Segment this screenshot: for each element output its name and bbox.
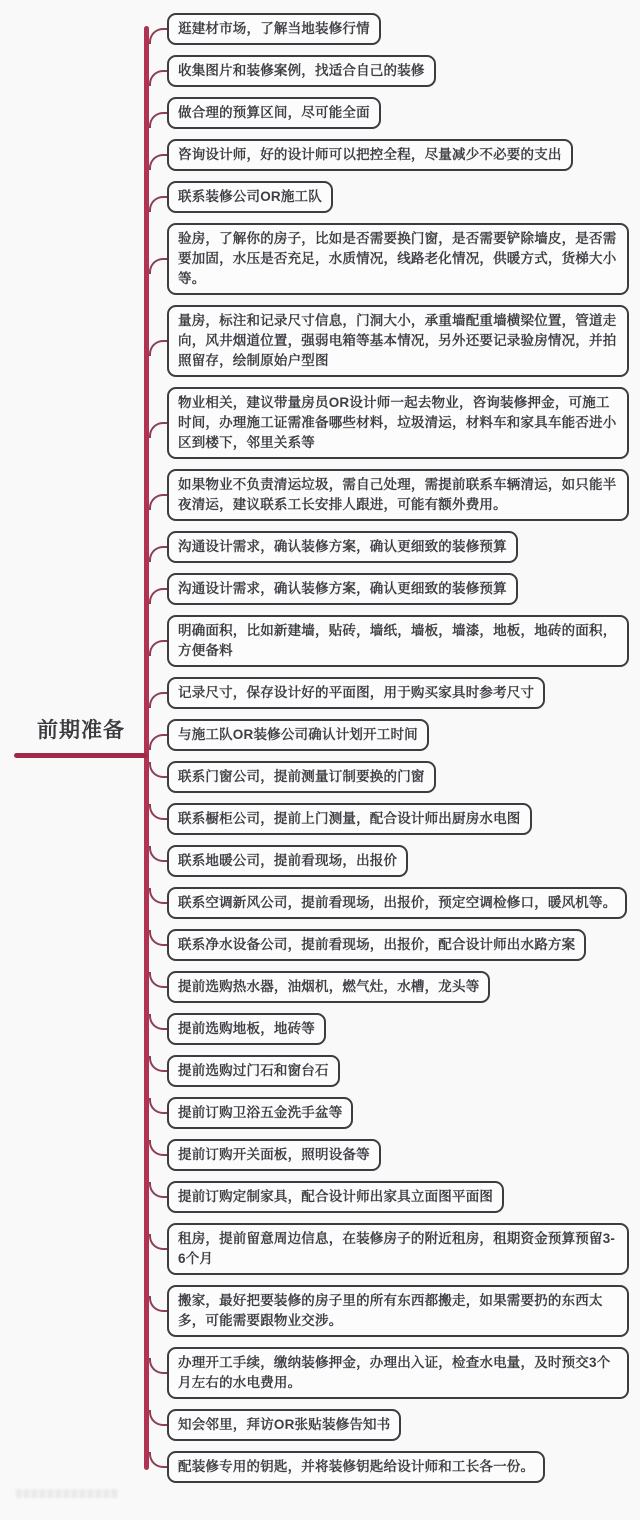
branch-row: 联系门窗公司，提前测量订制要换的门窗 xyxy=(149,761,436,793)
branch-connector-line xyxy=(149,422,167,438)
branch-connector-line xyxy=(149,1056,167,1072)
branch-row: 办理开工手续，缴纳装修押金，办理出入证，检查水电量，及时预交3个月左右的水电费用… xyxy=(149,1347,629,1399)
branch-row: 如果物业不负责清运垃圾，需自己处理，需提前联系车辆清运，如只能半夜清运，建议联系… xyxy=(149,469,629,521)
root-underline xyxy=(14,753,148,758)
branch-node[interactable]: 量房，标注和记录尺寸信息，门洞大小，承重墙配重墙横梁位置，管道走向，风井烟道位置… xyxy=(167,305,629,377)
branch-row: 物业相关，建议带量房员OR设计师一起去物业，咨询装修押金，可施工时间，办理施工证… xyxy=(149,387,629,459)
branch-node[interactable]: 提前订购定制家具，配合设计师出家具立面图平面图 xyxy=(167,1181,504,1213)
branch-node[interactable]: 搬家，最好把要装修的房子里的所有东西都搬走，如果需要扔的东西太多，可能需要跟物业… xyxy=(167,1285,629,1337)
branch-connector-line xyxy=(149,340,167,356)
branch-node[interactable]: 联系橱柜公司，提前上门测量，配合设计师出厨房水电图 xyxy=(167,803,532,835)
branch-connector-line xyxy=(149,546,167,562)
branch-node[interactable]: 提前选购热水器，油烟机，燃气灶，水槽，龙头等 xyxy=(167,971,490,1003)
root-label: 前期准备 xyxy=(14,714,148,744)
branch-node[interactable]: 与施工队OR装修公司确认计划开工时间 xyxy=(167,719,429,751)
branch-connector-line xyxy=(149,258,167,274)
branch-connector-line xyxy=(149,930,167,946)
branch-connector-line xyxy=(149,1296,167,1312)
branch-row: 提前选购地板，地砖等 xyxy=(149,1013,326,1045)
branch-row: 咨询设计师，好的设计师可以把控全程，尽量减少不必要的支出 xyxy=(149,139,573,171)
branch-row: 沟通设计需求，确认装修方案，确认更细致的装修预算 xyxy=(149,531,518,563)
branch-row: 联系空调新风公司，提前看现场，出报价，预定空调检修口，暖风机等。 xyxy=(149,887,627,919)
branch-node[interactable]: 验房，了解你的房子，比如是否需要换门窗，是否需要铲除墙皮，是否需要加固，水压是否… xyxy=(167,223,629,295)
branch-row: 租房，提前留意周边信息，在装修房子的附近租房，租期资金预算预留3-6个月 xyxy=(149,1223,629,1275)
root-node[interactable]: 前期准备 xyxy=(14,714,148,758)
branch-connector-line xyxy=(149,972,167,988)
branch-connector-line xyxy=(149,888,167,904)
branch-connector-line xyxy=(149,112,167,128)
branch-connector-line xyxy=(149,1452,167,1468)
branch-node[interactable]: 咨询设计师，好的设计师可以把控全程，尽量减少不必要的支出 xyxy=(167,139,573,171)
branch-row: 联系地暖公司，提前看现场，出报价 xyxy=(149,845,408,877)
branch-node[interactable]: 沟通设计需求，确认装修方案，确认更细致的装修预算 xyxy=(167,531,518,563)
branch-row: 提前选购热水器，油烟机，燃气灶，水槽，龙头等 xyxy=(149,971,490,1003)
branch-row: 收集图片和装修案例，找适合自己的装修 xyxy=(149,55,436,87)
branch-connector-line xyxy=(149,28,167,44)
branch-node[interactable]: 配装修专用的钥匙，并将装修钥匙给设计师和工长各一份。 xyxy=(167,1451,545,1483)
mindmap-canvas: 前期准备 逛建材市场，了解当地装修行情收集图片和装修案例，找适合自己的装修做合理… xyxy=(0,0,640,1520)
branch-node[interactable]: 联系空调新风公司，提前看现场，出报价，预定空调检修口，暖风机等。 xyxy=(167,887,627,919)
branch-connector-line xyxy=(149,804,167,820)
branch-node[interactable]: 提前订购卫浴五金洗手盆等 xyxy=(167,1097,353,1129)
branch-connector-line xyxy=(149,1358,167,1374)
branch-row: 量房，标注和记录尺寸信息，门洞大小，承重墙配重墙横梁位置，管道走向，风井烟道位置… xyxy=(149,305,629,377)
branch-row: 提前订购卫浴五金洗手盆等 xyxy=(149,1097,353,1129)
branch-connector-line xyxy=(149,692,167,708)
branch-row: 提前订购开关面板，照明设备等 xyxy=(149,1139,381,1171)
branch-node[interactable]: 收集图片和装修案例，找适合自己的装修 xyxy=(167,55,436,87)
branch-node[interactable]: 联系门窗公司，提前测量订制要换的门窗 xyxy=(167,761,436,793)
branch-row: 配装修专用的钥匙，并将装修钥匙给设计师和工长各一份。 xyxy=(149,1451,545,1483)
branch-row: 做合理的预算区间，尽可能全面 xyxy=(149,97,381,129)
branch-connector-line xyxy=(149,70,167,86)
branch-connector-line xyxy=(149,1410,167,1426)
branch-connector-line xyxy=(149,762,167,778)
branch-node[interactable]: 提前订购开关面板，照明设备等 xyxy=(167,1139,381,1171)
branch-row: 验房，了解你的房子，比如是否需要换门窗，是否需要铲除墙皮，是否需要加固，水压是否… xyxy=(149,223,629,295)
branch-connector-line xyxy=(149,494,167,510)
branch-node[interactable]: 物业相关，建议带量房员OR设计师一起去物业，咨询装修押金，可施工时间，办理施工证… xyxy=(167,387,629,459)
branch-node[interactable]: 如果物业不负责清运垃圾，需自己处理，需提前联系车辆清运，如只能半夜清运，建议联系… xyxy=(167,469,629,521)
branch-node[interactable]: 沟通设计需求，确认装修方案，确认更细致的装修预算 xyxy=(167,573,518,605)
branch-row: 与施工队OR装修公司确认计划开工时间 xyxy=(149,719,429,751)
branch-node[interactable]: 知会邻里，拜访OR张贴装修告知书 xyxy=(167,1409,401,1441)
branch-row: 搬家，最好把要装修的房子里的所有东西都搬走，如果需要扔的东西太多，可能需要跟物业… xyxy=(149,1285,629,1337)
branch-node[interactable]: 租房，提前留意周边信息，在装修房子的附近租房，租期资金预算预留3-6个月 xyxy=(167,1223,629,1275)
branch-row: 联系净水设备公司，提前看现场，出报价，配合设计师出水路方案 xyxy=(149,929,586,961)
branch-connector-line xyxy=(149,1182,167,1198)
branch-row: 提前订购定制家具，配合设计师出家具立面图平面图 xyxy=(149,1181,504,1213)
branch-node[interactable]: 提前选购过门石和窗台石 xyxy=(167,1055,340,1087)
branch-connector-line xyxy=(149,846,167,862)
branch-list: 逛建材市场，了解当地装修行情收集图片和装修案例，找适合自己的装修做合理的预算区间… xyxy=(149,13,629,1483)
branch-connector-line xyxy=(149,1014,167,1030)
branch-node[interactable]: 记录尺寸，保存设计好的平面图，用于购买家具时参考尺寸 xyxy=(167,677,545,709)
branch-node[interactable]: 联系净水设备公司，提前看现场，出报价，配合设计师出水路方案 xyxy=(167,929,586,961)
branch-row: 联系橱柜公司，提前上门测量，配合设计师出厨房水电图 xyxy=(149,803,532,835)
branch-row: 知会邻里，拜访OR张贴装修告知书 xyxy=(149,1409,401,1441)
branch-node[interactable]: 明确面积，比如新建墙，贴砖，墙纸，墙板，墙漆，地板，地砖的面积，方便备料 xyxy=(167,615,629,667)
branch-node[interactable]: 办理开工手续，缴纳装修押金，办理出入证，检查水电量，及时预交3个月左右的水电费用… xyxy=(167,1347,629,1399)
branch-node[interactable]: 联系装修公司OR施工队 xyxy=(167,181,333,213)
branch-connector-line xyxy=(149,734,167,750)
branch-row: 沟通设计需求，确认装修方案，确认更细致的装修预算 xyxy=(149,573,518,605)
branch-row: 联系装修公司OR施工队 xyxy=(149,181,333,213)
branch-connector-line xyxy=(149,1234,167,1250)
branch-node[interactable]: 做合理的预算区间，尽可能全面 xyxy=(167,97,381,129)
branch-connector-line xyxy=(149,196,167,212)
branch-node[interactable]: 提前选购地板，地砖等 xyxy=(167,1013,326,1045)
branch-row: 提前选购过门石和窗台石 xyxy=(149,1055,340,1087)
branch-connector-line xyxy=(149,588,167,604)
branch-node[interactable]: 联系地暖公司，提前看现场，出报价 xyxy=(167,845,408,877)
branch-row: 逛建材市场，了解当地装修行情 xyxy=(149,13,381,45)
branch-connector-line xyxy=(149,1140,167,1156)
branch-node[interactable]: 逛建材市场，了解当地装修行情 xyxy=(167,13,381,45)
watermark xyxy=(16,1489,118,1498)
branch-connector-line xyxy=(149,640,167,656)
branch-row: 明确面积，比如新建墙，贴砖，墙纸，墙板，墙漆，地板，地砖的面积，方便备料 xyxy=(149,615,629,667)
branch-row: 记录尺寸，保存设计好的平面图，用于购买家具时参考尺寸 xyxy=(149,677,545,709)
branch-connector-line xyxy=(149,1098,167,1114)
branch-connector-line xyxy=(149,154,167,170)
